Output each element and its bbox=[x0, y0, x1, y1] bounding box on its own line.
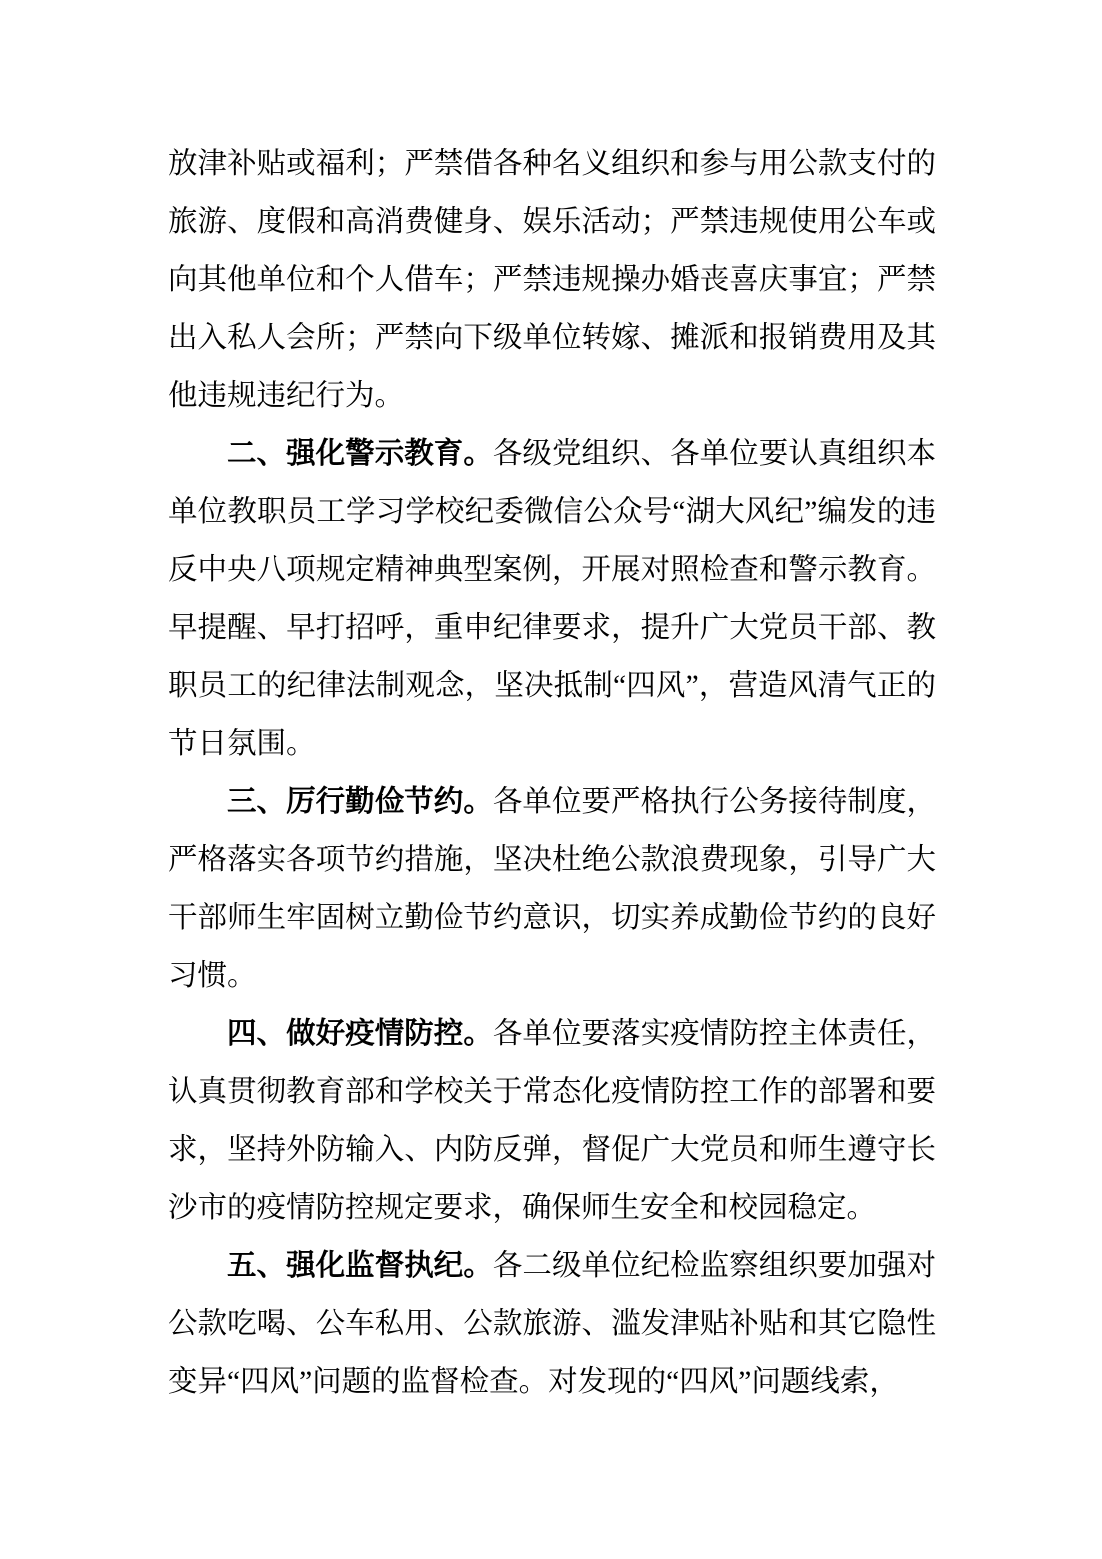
paragraph-section-5: 五、强化监督执纪。各二级单位纪检监察组织要加强对公款吃喝、公车私用、公款旅游、滥… bbox=[168, 1237, 936, 1411]
paragraph-continuation: 放津补贴或福利；严禁借各种名义组织和参与用公款支付的旅游、度假和高消费健身、娱乐… bbox=[168, 135, 936, 425]
paragraph-continuation-text: 放津补贴或福利；严禁借各种名义组织和参与用公款支付的旅游、度假和高消费健身、娱乐… bbox=[168, 148, 936, 412]
paragraph-section-2: 二、强化警示教育。各级党组织、各单位要认真组织本单位教职员工学习学校纪委微信公众… bbox=[168, 425, 936, 773]
paragraph-section-4: 四、做好疫情防控。各单位要落实疫情防控主体责任，认真贯彻教育部和学校关于常态化疫… bbox=[168, 1005, 936, 1237]
section-5-heading: 五、强化监督执纪。 bbox=[227, 1250, 493, 1282]
section-3-heading: 三、厉行勤俭节约。 bbox=[227, 786, 493, 818]
document-page: 放津补贴或福利；严禁借各种名义组织和参与用公款支付的旅游、度假和高消费健身、娱乐… bbox=[0, 0, 1102, 1559]
section-2-text: 各级党组织、各单位要认真组织本单位教职员工学习学校纪委微信公众号“湖大风纪”编发… bbox=[168, 438, 936, 760]
document-text-block: 放津补贴或福利；严禁借各种名义组织和参与用公款支付的旅游、度假和高消费健身、娱乐… bbox=[168, 135, 936, 1411]
section-2-heading: 二、强化警示教育。 bbox=[227, 438, 493, 470]
paragraph-section-3: 三、厉行勤俭节约。各单位要严格执行公务接待制度，严格落实各项节约措施，坚决杜绝公… bbox=[168, 773, 936, 1005]
section-4-heading: 四、做好疫情防控。 bbox=[227, 1018, 493, 1050]
